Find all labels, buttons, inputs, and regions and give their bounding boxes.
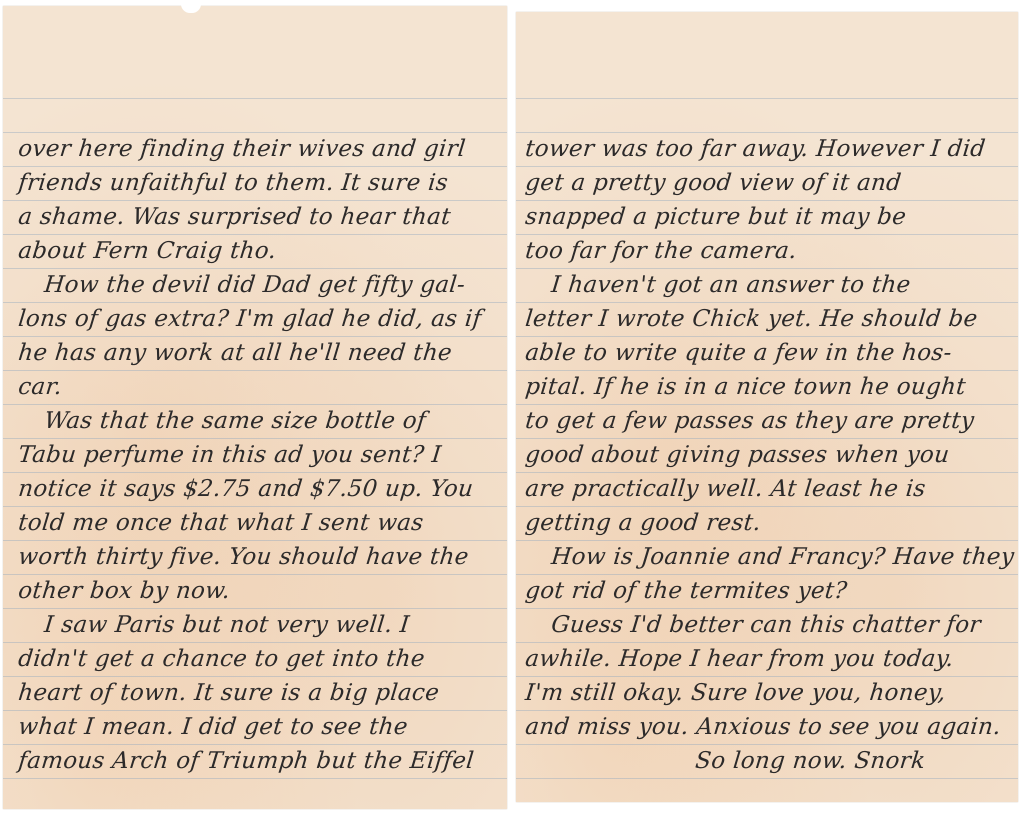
ruled-line [516, 642, 1018, 643]
text-line: to get a few passes as they are pretty [524, 408, 976, 434]
signature-line: So long now. Snork [524, 748, 927, 774]
text-line: I haven't got an answer to the [524, 272, 912, 298]
ruled-line [3, 574, 507, 575]
ruled-line [3, 336, 507, 337]
ruled-line [516, 472, 1018, 473]
ruled-line [3, 710, 507, 711]
ruled-line [3, 778, 507, 779]
ruled-line [3, 200, 507, 201]
ruled-line [516, 744, 1018, 745]
text-line: awhile. Hope I hear from you today. [524, 646, 955, 672]
ruled-line [3, 676, 507, 677]
ruled-line [3, 608, 507, 609]
ruled-line [516, 268, 1018, 269]
ruled-line [3, 744, 507, 745]
text-line: get a pretty good view of it and [524, 170, 903, 196]
text-line: Was that the same size bottle of [17, 408, 427, 434]
ruled-line [516, 404, 1018, 405]
ruled-line [3, 438, 507, 439]
ruled-line [516, 608, 1018, 609]
text-line: lons of gas extra? I'm glad he did, as i… [17, 306, 483, 332]
text-line: what I mean. I did get to see the [17, 714, 409, 740]
ruled-line [516, 778, 1018, 779]
ruled-line [516, 200, 1018, 201]
text-line: too far for the camera. [524, 238, 798, 264]
ruled-line [516, 676, 1018, 677]
paper-tear-notch [181, 4, 201, 13]
ruled-line [3, 166, 507, 167]
text-line: I'm still okay. Sure love you, honey, [524, 680, 947, 706]
ruled-line [516, 132, 1018, 133]
ruled-line [3, 268, 507, 269]
text-line: snapped a picture but it may be [524, 204, 908, 230]
ruled-line [516, 336, 1018, 337]
ruled-line [516, 540, 1018, 541]
ruled-line [3, 302, 507, 303]
text-line: letter I wrote Chick yet. He should be [524, 306, 979, 332]
text-line: Guess I'd better can this chatter for [524, 612, 982, 638]
text-line: worth thirty five. You should have the [17, 544, 470, 570]
ruled-line [516, 234, 1018, 235]
text-line: pital. If he is in a nice town he ought [524, 374, 967, 400]
ruled-line [516, 302, 1018, 303]
text-line: able to write quite a few in the hos- [524, 340, 953, 366]
text-line: How the devil did Dad get fifty gal- [17, 272, 466, 298]
ruled-line [516, 506, 1018, 507]
text-line: heart of town. It sure is a big place [17, 680, 440, 706]
text-line: over here finding their wives and girl [17, 136, 467, 162]
ruled-line [516, 98, 1018, 99]
ruled-line [516, 370, 1018, 371]
ruled-line [3, 506, 507, 507]
ruled-line [3, 98, 507, 99]
text-line: are practically well. At least he is [524, 476, 927, 502]
ruled-line [3, 234, 507, 235]
text-line: Tabu perfume in this ad you sent? I [17, 442, 443, 468]
ruled-line [516, 710, 1018, 711]
text-line: tower was too far away. However I did [524, 136, 987, 162]
text-line: car. [17, 374, 63, 400]
text-line: about Fern Craig tho. [17, 238, 278, 264]
text-line: friends unfaithful to them. It sure is [17, 170, 449, 196]
ruled-line [516, 438, 1018, 439]
text-line: and miss you. Anxious to see you again. [524, 714, 1002, 740]
ruled-line [3, 132, 507, 133]
text-line: famous Arch of Triumph but the Eiffel [17, 748, 475, 774]
text-line: told me once that what I sent was [17, 510, 425, 536]
ruled-line [3, 472, 507, 473]
text-line: other box by now. [17, 578, 231, 604]
letter-page-left: over here finding their wives and girl f… [3, 6, 507, 809]
text-line: notice it says $2.75 and $7.50 up. You [17, 476, 475, 502]
text-line: I saw Paris but not very well. I [17, 612, 411, 638]
text-line: good about giving passes when you [524, 442, 951, 468]
text-line: How is Joannie and Francy? Have they [524, 544, 1015, 570]
text-line: a shame. Was surprised to hear that [17, 204, 452, 230]
text-line: didn't get a chance to get into the [17, 646, 426, 672]
text-line: he has any work at all he'll need the [17, 340, 453, 366]
ruled-line [3, 642, 507, 643]
ruled-line [3, 540, 507, 541]
ruled-line [3, 404, 507, 405]
ruled-line [516, 574, 1018, 575]
letter-page-right: tower was too far away. However I did ge… [516, 12, 1018, 802]
text-line: got rid of the termites yet? [524, 578, 848, 604]
ruled-line [3, 370, 507, 371]
text-line: getting a good rest. [524, 510, 762, 536]
ruled-line [516, 166, 1018, 167]
